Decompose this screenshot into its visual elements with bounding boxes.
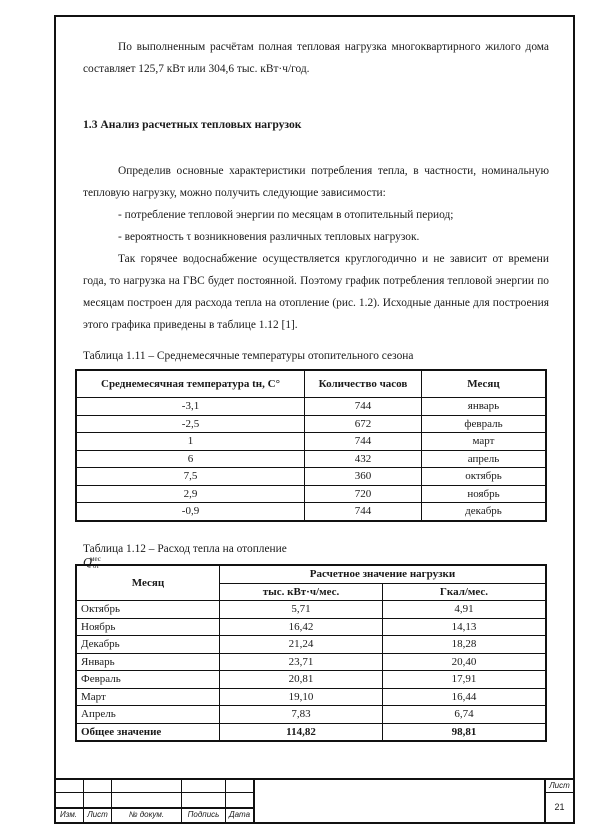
table-row: 7,5360октябрь xyxy=(77,468,546,486)
stamp-label-signature: Подпись xyxy=(182,809,225,821)
cell-month: Ноябрь xyxy=(77,618,220,636)
column-header-month: Месяц xyxy=(422,371,546,398)
cell-gcal: 17,91 xyxy=(383,671,546,689)
table-total-row: Общее значение114,8298,81 xyxy=(77,723,546,741)
cell-gcal: 16,44 xyxy=(383,688,546,706)
cell-temperature: -2,5 xyxy=(77,415,305,433)
bullet-item-load-probability: - вероятность τ возникновения различных … xyxy=(118,226,419,248)
cell-month: Январь xyxy=(77,653,220,671)
table-row: Ноябрь16,4214,13 xyxy=(77,618,546,636)
caption-text: Таблица 1.12 – Расход тепла на отопление xyxy=(83,543,287,555)
cell-kwh: 5,71 xyxy=(220,601,383,619)
table-row: Март19,1016,44 xyxy=(77,688,546,706)
column-header-kwh: тыс. кВт·ч/мес. xyxy=(220,583,383,601)
table-row: -2,5672февраль xyxy=(77,415,546,433)
cell-month: апрель xyxy=(422,450,546,468)
table-row: 1744март xyxy=(77,433,546,451)
cell-hours: 672 xyxy=(305,415,422,433)
sheet-label: Лист xyxy=(546,781,573,790)
paragraph-hot-water: Так горячее водоснабжение осуществляется… xyxy=(83,248,549,336)
stamp-label-document-number: № докум. xyxy=(112,809,181,821)
table-row: Декабрь21,2418,28 xyxy=(77,636,546,654)
cell-month: декабрь xyxy=(422,503,546,521)
cell-kwh: 16,42 xyxy=(220,618,383,636)
cell-hours: 744 xyxy=(305,433,422,451)
cell-gcal: 14,13 xyxy=(383,618,546,636)
stamp-label-change: Изм. xyxy=(54,809,83,821)
bullet-item-monthly-consumption: - потребление тепловой энергии по месяца… xyxy=(118,204,453,226)
stamp-label-date: Дата xyxy=(226,809,253,821)
cell-month: октябрь xyxy=(422,468,546,486)
paragraph-characteristics: Определив основные характеристики потреб… xyxy=(83,160,549,204)
cell-temperature: 2,9 xyxy=(77,485,305,503)
paragraph-heat-load-summary: По выполненным расчётам полная тепловая … xyxy=(83,36,549,80)
cell-kwh: 21,24 xyxy=(220,636,383,654)
table-row: Февраль20,8117,91 xyxy=(77,671,546,689)
cell-kwh: 20,81 xyxy=(220,671,383,689)
cell-hours: 720 xyxy=(305,485,422,503)
cell-temperature: 1 xyxy=(77,433,305,451)
cell-temperature: 7,5 xyxy=(77,468,305,486)
cell-hours: 360 xyxy=(305,468,422,486)
cell-hours: 432 xyxy=(305,450,422,468)
table-row: Январь23,7120,40 xyxy=(77,653,546,671)
total-cell-kwh: 114,82 xyxy=(220,723,383,741)
cell-month: ноябрь xyxy=(422,485,546,503)
cell-gcal: 18,28 xyxy=(383,636,546,654)
cell-kwh: 19,10 xyxy=(220,688,383,706)
table-row: Апрель7,836,74 xyxy=(77,706,546,724)
cell-month: март xyxy=(422,433,546,451)
cell-temperature: -3,1 xyxy=(77,398,305,416)
total-cell-month: Общее значение xyxy=(77,723,220,741)
table-1-12: Месяц Расчетное значение нагрузки тыс. к… xyxy=(76,565,546,741)
table-row: -0,9744декабрь xyxy=(77,503,546,521)
cell-temperature: -0,9 xyxy=(77,503,305,521)
cell-month: Октябрь xyxy=(77,601,220,619)
cell-month: Март xyxy=(77,688,220,706)
column-group-header: Расчетное значение нагрузки xyxy=(220,566,546,584)
table-row: -3,1744январь xyxy=(77,398,546,416)
cell-gcal: 20,40 xyxy=(383,653,546,671)
cell-temperature: 6 xyxy=(77,450,305,468)
section-heading: 1.3 Анализ расчетных тепловых нагрузок xyxy=(83,118,302,131)
cell-hours: 744 xyxy=(305,398,422,416)
cell-month: Февраль xyxy=(77,671,220,689)
cell-month: январь xyxy=(422,398,546,416)
table-row: 2,9720ноябрь xyxy=(77,485,546,503)
stamp-label-sheet: Лист xyxy=(84,809,111,821)
cell-kwh: 7,83 xyxy=(220,706,383,724)
cell-month: Апрель xyxy=(77,706,220,724)
cell-hours: 744 xyxy=(305,503,422,521)
cell-gcal: 6,74 xyxy=(383,706,546,724)
column-header-hours: Количество часов xyxy=(305,371,422,398)
cell-gcal: 4,91 xyxy=(383,601,546,619)
table-1-11: Среднемесячная температура tн, С° Количе… xyxy=(76,370,546,521)
column-header-temperature: Среднемесячная температура tн, С° xyxy=(77,371,305,398)
cell-kwh: 23,71 xyxy=(220,653,383,671)
table-row: Октябрь5,714,91 xyxy=(77,601,546,619)
cell-month: февраль xyxy=(422,415,546,433)
column-header-month: Месяц xyxy=(77,566,220,601)
table-row: 6432апрель xyxy=(77,450,546,468)
cell-month: Декабрь xyxy=(77,636,220,654)
total-cell-gcal: 98,81 xyxy=(383,723,546,741)
title-block-stamp: Изм. Лист № докум. Подпись Дата Лист 21 xyxy=(54,778,573,822)
table-1-11-caption: Таблица 1.11 – Среднемесячные температур… xyxy=(83,350,413,362)
sheet-number: 21 xyxy=(546,802,573,812)
column-header-gcal: Гкал/мес. xyxy=(383,583,546,601)
